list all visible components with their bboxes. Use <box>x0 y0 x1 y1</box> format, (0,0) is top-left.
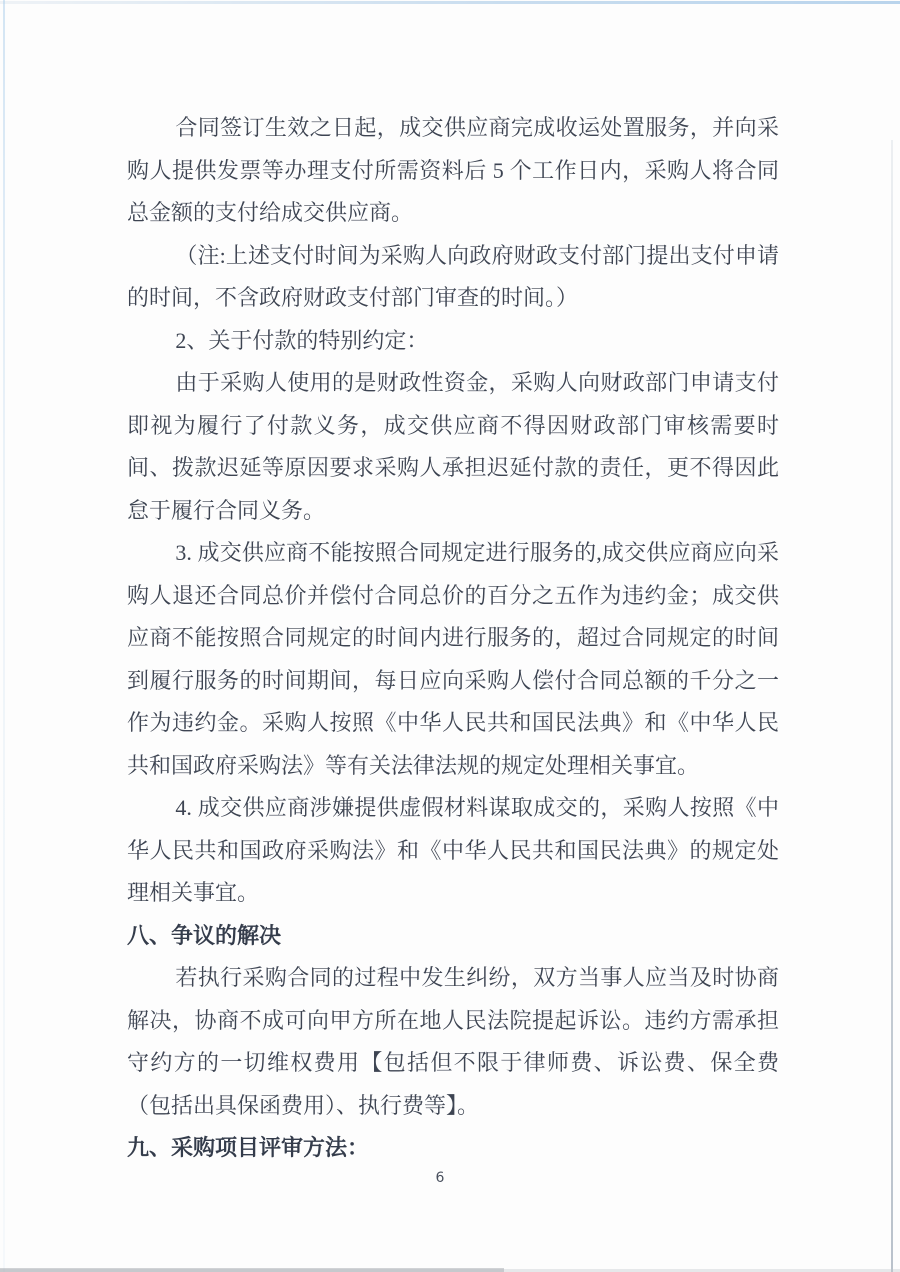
paragraph: 若执行采购合同的过程中发生纠纷，双方当事人应当及时协商解决，协商不成可向甲方所在… <box>127 957 779 1127</box>
paragraph: 4. 成交供应商涉嫌提供虚假材料谋取成交的，采购人按照《中华人民共和国政府采购法… <box>127 787 779 915</box>
paragraph: 2、关于付款的特别约定： <box>127 320 779 363</box>
scan-edge-bottom-shadow <box>0 1268 504 1272</box>
section-heading: 八、争议的解决 <box>127 915 779 958</box>
document-body: 合同签订生效之日起，成交供应商完成收运处置服务，并向采购人提供发票等办理支付所需… <box>127 107 779 1170</box>
paragraph: 3. 成交供应商不能按照合同规定进行服务的,成交供应商应向采购人退还合同总价并偿… <box>127 532 779 787</box>
scanned-document-page: 合同签订生效之日起，成交供应商完成收运处置服务，并向采购人提供发票等办理支付所需… <box>0 0 900 1272</box>
paragraph: 合同签订生效之日起，成交供应商完成收运处置服务，并向采购人提供发票等办理支付所需… <box>127 107 779 235</box>
scan-edge-right <box>891 140 893 1272</box>
scan-edge-top <box>0 1 900 4</box>
paragraph: （注:上述支付时间为采购人向政府财政支付部门提出支付申请的时间，不含政府财政支付… <box>127 235 779 320</box>
paragraph: 由于采购人使用的是财政性资金，采购人向财政部门申请支付即视为履行了付款义务，成交… <box>127 362 779 532</box>
page-number: 6 <box>0 1168 880 1188</box>
scan-edge-left <box>3 0 5 1272</box>
section-heading: 九、采购项目评审方法： <box>127 1127 779 1170</box>
